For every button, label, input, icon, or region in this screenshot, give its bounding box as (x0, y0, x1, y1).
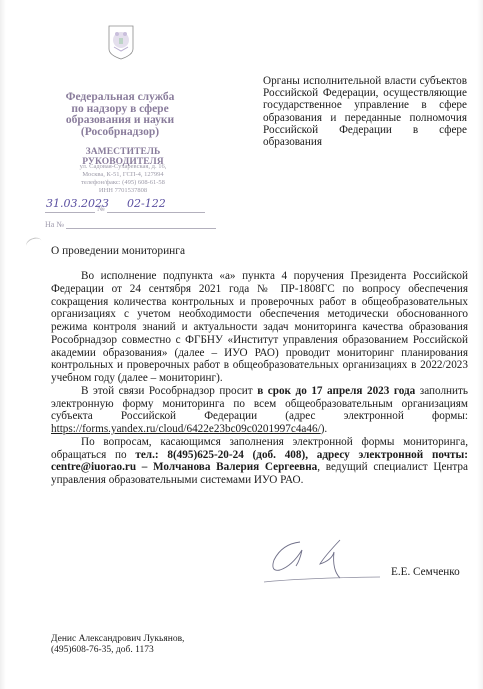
executor-info: Денис Александрович Лукьянов, (495)608-7… (51, 634, 184, 656)
scan-edge-shadow (0, 0, 6, 689)
org-name-line: Федеральная служба (60, 92, 180, 104)
addressee-block: Органы исполнительной власти субъектов Р… (263, 75, 467, 148)
executor-name: Денис Александрович Лукьянов, (51, 634, 184, 645)
reply-to-line: На № (45, 218, 216, 229)
address-line: ИНН 7701537808 (60, 187, 186, 195)
letter-subject: О проведении мониторинга (51, 245, 185, 257)
reply-label: На № (45, 220, 64, 229)
org-name-line: образования и науки (60, 115, 180, 127)
form-link[interactable]: https://forms.yandex.ru/cloud/6422e23bc0… (51, 423, 321, 435)
paragraph-2: В этой связи Рособрнадзор просит в срок … (51, 385, 468, 436)
paragraph-1: Во исполнение подпункта «а» пункта 4 пор… (51, 270, 468, 385)
russian-coat-of-arms-icon (108, 25, 134, 60)
address-line: ул. Садовая-Сухаревская, д. 16, (60, 163, 186, 171)
signer-name: Е.Е. Семченко (391, 566, 460, 578)
org-name-line: (Рособрнадзор) (60, 127, 180, 139)
handwritten-signature-icon (262, 532, 382, 587)
address-line: телефон/факс: (495) 608-61-58 (60, 179, 186, 187)
registration-date: 31.03.2023 (46, 197, 109, 210)
address-line: Москва, К-51, ГСП-4, 127994 (60, 171, 186, 179)
text: В этой связи Рособрнадзор просит (81, 385, 257, 397)
registration-number: 02-122 (127, 197, 166, 210)
org-address: ул. Садовая-Сухаревская, д. 16, Москва, … (60, 163, 186, 195)
text: ). (321, 423, 328, 435)
executor-phone: (495)608-76-35, доб. 1173 (51, 645, 184, 656)
paragraph-3: По вопросам, касающимся заполнения элект… (51, 436, 468, 487)
deadline: в срок до 17 апреля 2023 года (257, 385, 415, 397)
organization-name: Федеральная служба по надзору в сфере об… (60, 92, 180, 138)
letter-page: Федеральная служба по надзору в сфере об… (0, 0, 483, 689)
scan-mark (25, 236, 44, 252)
letter-body: Во исполнение подпункта «а» пункта 4 пор… (51, 270, 468, 487)
scan-edge-shadow-right (477, 0, 483, 689)
